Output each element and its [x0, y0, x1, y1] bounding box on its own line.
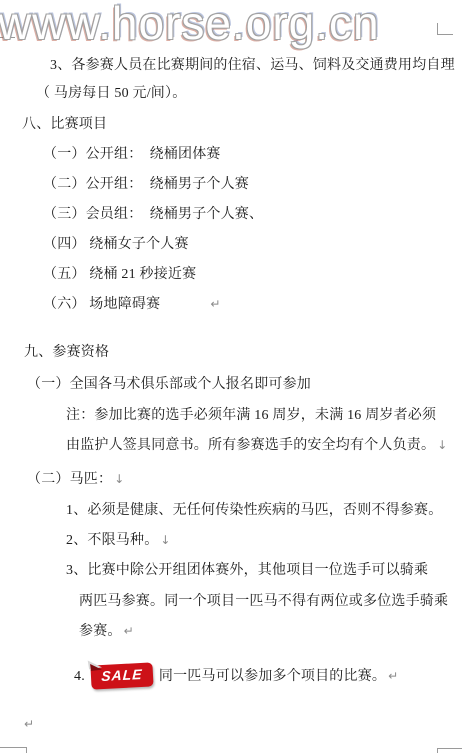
paragraph-mark: ↵ — [208, 297, 220, 311]
crop-mark-bottom-right-v — [437, 748, 438, 753]
doc-line-event-5: （五） 绕桶 21 秒接近赛 — [43, 266, 196, 283]
doc-line-eligibility-1: （一）全国各马术俱乐部或个人报名即可参加 — [27, 376, 311, 393]
line-break-mark: ↓ — [158, 533, 170, 547]
doc-line-event-3: （三）会员组： 绕桶男子个人赛、 — [43, 206, 263, 223]
doc-line-fees: 3、各参赛人员在比赛期间的住宿、运马、饲料及交通费用均自理 — [50, 57, 455, 74]
doc-heading-events: 八、比赛项目 — [22, 116, 107, 133]
document-page: www.horse.org.cn 3、各参赛人员在比赛期间的住宿、运马、饲料及交… — [0, 0, 472, 753]
doc-line-event-2: （二）公开组： 绕桶男子个人赛 — [43, 176, 249, 193]
paragraph-mark: ↵ — [122, 624, 134, 638]
doc-line-event-1: （一）公开组： 绕桶团体赛 — [43, 146, 221, 163]
watermark-url: www.horse.org.cn — [0, 0, 468, 50]
doc-line-stall-price: （ 马房每日 50 元/间）。 — [36, 85, 186, 102]
doc-line-horse-rule-3b: 两匹马参赛。同一个项目一匹马不得有两位或多位选手骑乘 — [79, 593, 448, 610]
line-break-mark: ↓ — [112, 472, 124, 486]
crop-mark-bottom-left-h — [0, 747, 26, 748]
crop-mark-bottom-left-v — [26, 747, 27, 753]
doc-line-horse-rule-2: 2、不限马种。↓ — [66, 532, 171, 549]
doc-heading-eligibility: 九、参赛资格 — [24, 344, 109, 361]
doc-line-age-note-1: 注：参加比赛的选手必须年满 16 周岁，未满 16 周岁者必须 — [66, 407, 436, 424]
doc-line-horses-heading: （二）马匹：↓ — [27, 471, 124, 488]
doc-line-horse-rule-3a: 3、比赛中除公开组团体赛外，其他项目一位选手可以骑乘 — [66, 562, 428, 579]
doc-line-horse-rule-3c: 参赛。↵ — [79, 623, 134, 640]
list-number: 4. — [74, 668, 85, 685]
sale-sticker-icon: SALE — [90, 662, 153, 689]
doc-line-event-6: （六） 场地障碍赛↵ — [43, 296, 221, 313]
doc-line-horse-rule-1: 1、必须是健康、无任何传染性疾病的马匹，否则不得参赛。 — [66, 502, 442, 519]
paragraph-mark: ↵ — [24, 717, 34, 731]
paragraph-mark: ↵ — [386, 668, 398, 685]
doc-line-horse-rule-4: 4. SALE 同一匹马可以参加多个项目的比赛。 ↵ — [74, 662, 398, 690]
line-break-mark: ↓ — [435, 438, 447, 452]
doc-line-age-note-2: 由监护人签具同意书。所有参赛选手的安全均有个人负责。↓ — [66, 437, 447, 454]
doc-line-event-4: （四） 绕桶女子个人赛 — [43, 236, 189, 253]
crop-mark-bottom-right-h — [437, 748, 462, 749]
sale-sticker-label: SALE — [90, 665, 153, 685]
doc-line-empty-paragraph: ↵ — [24, 716, 34, 733]
